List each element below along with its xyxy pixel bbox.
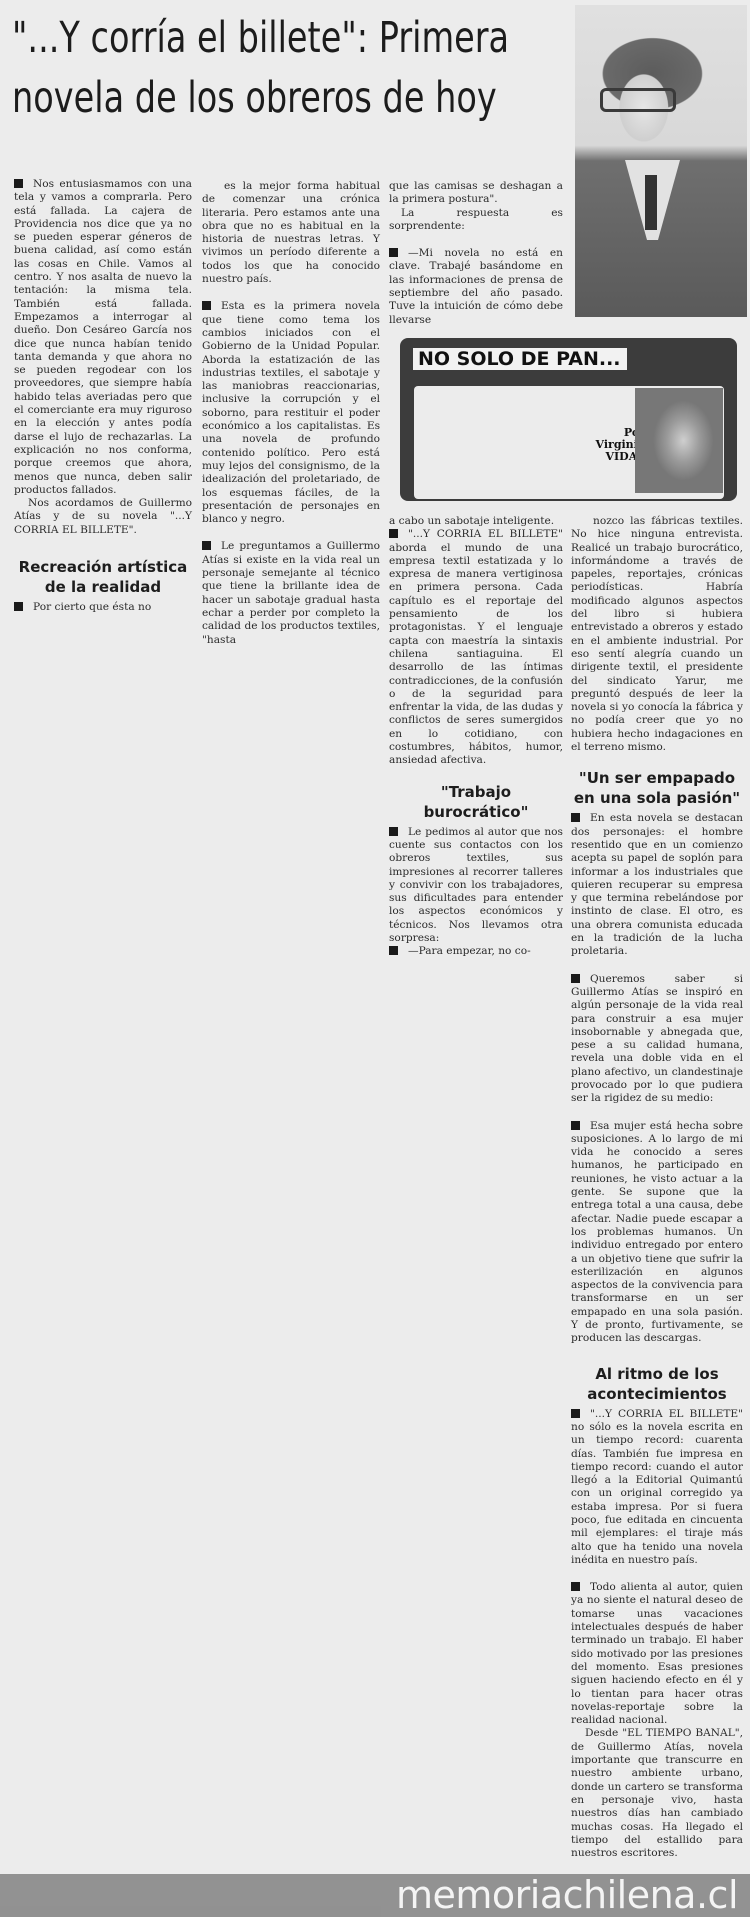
bullet-square-icon	[571, 974, 580, 983]
bullet-square-icon	[389, 529, 398, 538]
column-header-box: NO SOLO DE PAN... Por Virginia VIDAL	[400, 338, 737, 501]
paragraph: Le preguntamos a Guillermo Atías si exis…	[202, 540, 380, 646]
paragraph: La respuesta es sorprendente:	[389, 207, 563, 234]
subheading: Recreación artística de la realidad	[14, 557, 192, 597]
paragraph: "...Y CORRIA EL BILLETE" aborda el mundo…	[389, 528, 563, 767]
paragraph: que las camisas se deshagan a la primera…	[389, 180, 563, 207]
paragraph: Esa mujer está hecha sobre suposiciones.…	[571, 1120, 743, 1346]
paragraph: Desde "EL TIEMPO BANAL", de Guillermo At…	[571, 1727, 743, 1860]
columnist-portrait	[635, 388, 723, 493]
paragraph: Por cierto que ésta no	[14, 601, 192, 614]
photo-glasses-detail	[600, 88, 676, 112]
bullet-square-icon	[389, 827, 398, 836]
bullet-square-icon	[202, 541, 211, 550]
paragraph: Todo alienta al autor, quien ya no sient…	[571, 1581, 743, 1727]
watermark-text: memoriachilena.cl	[396, 1874, 738, 1917]
watermark-bar: memoriachilena.cl	[0, 1874, 750, 1917]
bullet-square-icon	[571, 813, 580, 822]
bullet-square-icon	[14, 179, 23, 188]
column-4: nozco las fábricas textiles. No hice nin…	[571, 515, 743, 1860]
paragraph: En esta novela se destacan dos personaje…	[571, 812, 743, 958]
paragraph: Nos entusiasmamos con una tela y vamos a…	[14, 178, 192, 497]
bullet-square-icon	[14, 602, 23, 611]
headline: "...Y corría el billete": Primera novela…	[12, 8, 562, 128]
column-title: NO SOLO DE PAN...	[413, 348, 627, 370]
paragraph: Nos acordamos de Guillermo Atías y de su…	[14, 497, 192, 537]
subheading: "Un ser empapado en una sola pasión"	[571, 768, 743, 808]
paragraph: es la mejor forma habitual de comenzar u…	[202, 180, 380, 286]
bullet-square-icon	[389, 946, 398, 955]
paragraph: —Mi novela no está en clave. Trabajé bas…	[389, 247, 563, 327]
column-2: es la mejor forma habitual de comenzar u…	[202, 180, 380, 647]
bullet-square-icon	[571, 1121, 580, 1130]
bullet-square-icon	[389, 248, 398, 257]
subheading: "Trabajo burocrático"	[389, 782, 563, 822]
bullet-square-icon	[571, 1409, 580, 1418]
column-1: Nos entusiasmamos con una tela y vamos a…	[14, 178, 192, 614]
paragraph: "...Y CORRIA EL BILLETE" no sólo es la n…	[571, 1408, 743, 1568]
paragraph: nozco las fábricas textiles. No hice nin…	[571, 515, 743, 754]
paragraph: Le pedimos al autor que nos cuente sus c…	[389, 826, 563, 946]
bullet-square-icon	[571, 1582, 580, 1591]
paragraph: Queremos saber si Guillermo Atías se ins…	[571, 973, 743, 1106]
paragraph: Esta es la primera novela que tiene como…	[202, 300, 380, 526]
subheading: Al ritmo de los acontecimientos	[571, 1364, 743, 1404]
paragraph: —Para empezar, no co-	[389, 945, 563, 958]
paragraph: a cabo un sabotaje inteligente.	[389, 515, 563, 528]
photo-tie-detail	[645, 175, 657, 230]
bullet-square-icon	[202, 301, 211, 310]
column-3-top: que las camisas se deshagan a la primera…	[389, 180, 563, 327]
column-3-bottom: a cabo un sabotaje inteligente. "...Y CO…	[389, 515, 563, 959]
